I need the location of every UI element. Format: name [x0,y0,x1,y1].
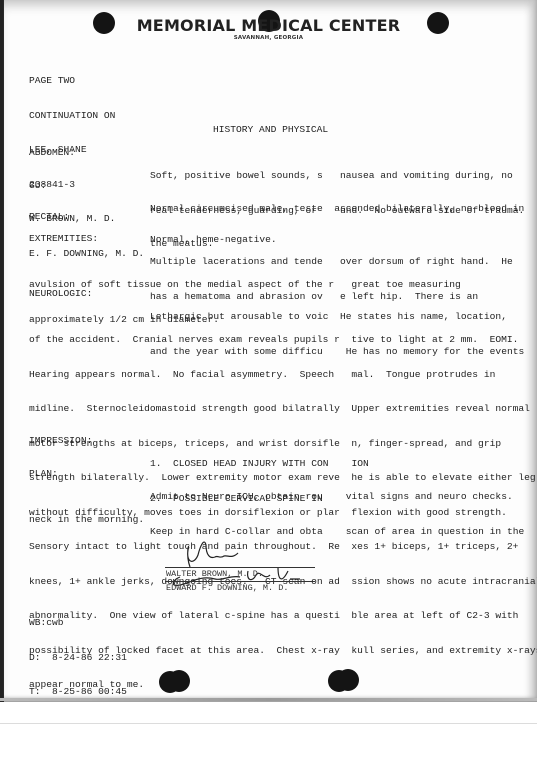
header-line: PAGE TWO [29,75,144,87]
scan-artifact-line [0,723,537,724]
section-label-abdomen: ABDOMEN: [29,147,75,159]
section-label-impression: IMPRESSION: [29,435,92,447]
document-title: HISTORY AND PHYSICAL [213,124,328,136]
text-line: Hearing appears normal. No facial asymme… [29,369,537,381]
section-label-neurologic: NEUROLOGIC: [29,288,92,300]
signature-line [165,567,315,568]
transcription-footer: WB:cwb D: 8-24-86 22:31 T: 8-25-86 00:45 [29,594,127,721]
scanned-page: MEMORIAL MEDICAL CENTER SAVANNAH, GEORGI… [0,0,537,702]
signer-2-name: EDWARD F. DOWNING, M. D. [166,583,288,593]
text-line: of the accident. Cranial nerves exam rev… [29,334,537,346]
section-label-rectal: RECTAL: [29,211,69,223]
signature-block: WALTER BROWN, M. D. EDWARD F. DOWNING, M… [160,525,330,595]
text-line: neck in the morning. [29,514,144,526]
header-line: CONTINUATION ON [29,110,144,122]
text-line: Admit to Neuro ICU, obtain rou vital sig… [150,491,524,503]
signature-line [165,581,315,582]
text-line: midline. Sternocleidomastoid strength go… [29,403,537,415]
section-label-plan: PLAN: [29,468,58,480]
section-label-extremities: EXTREMITIES: [29,233,98,245]
page-edge-left [0,0,3,700]
signer-1-name: WALTER BROWN, M. D. [166,569,263,579]
transcribed-timestamp: T: 8-25-86 00:45 [29,686,127,698]
patient-header: PAGE TWO CONTINUATION ON LEE, SHANE 2388… [29,52,144,282]
section-continuation-plan: neck in the morning. [29,491,144,549]
section-label-gu: GU: [29,180,46,192]
dictated-timestamp: D: 8-24-86 22:31 [29,652,127,664]
institution-name: MEMORIAL MEDICAL CENTER [0,16,537,35]
dictation-initials: WB:cwb [29,617,127,629]
institution-location: SAVANNAH, GEORGIA [0,35,537,41]
